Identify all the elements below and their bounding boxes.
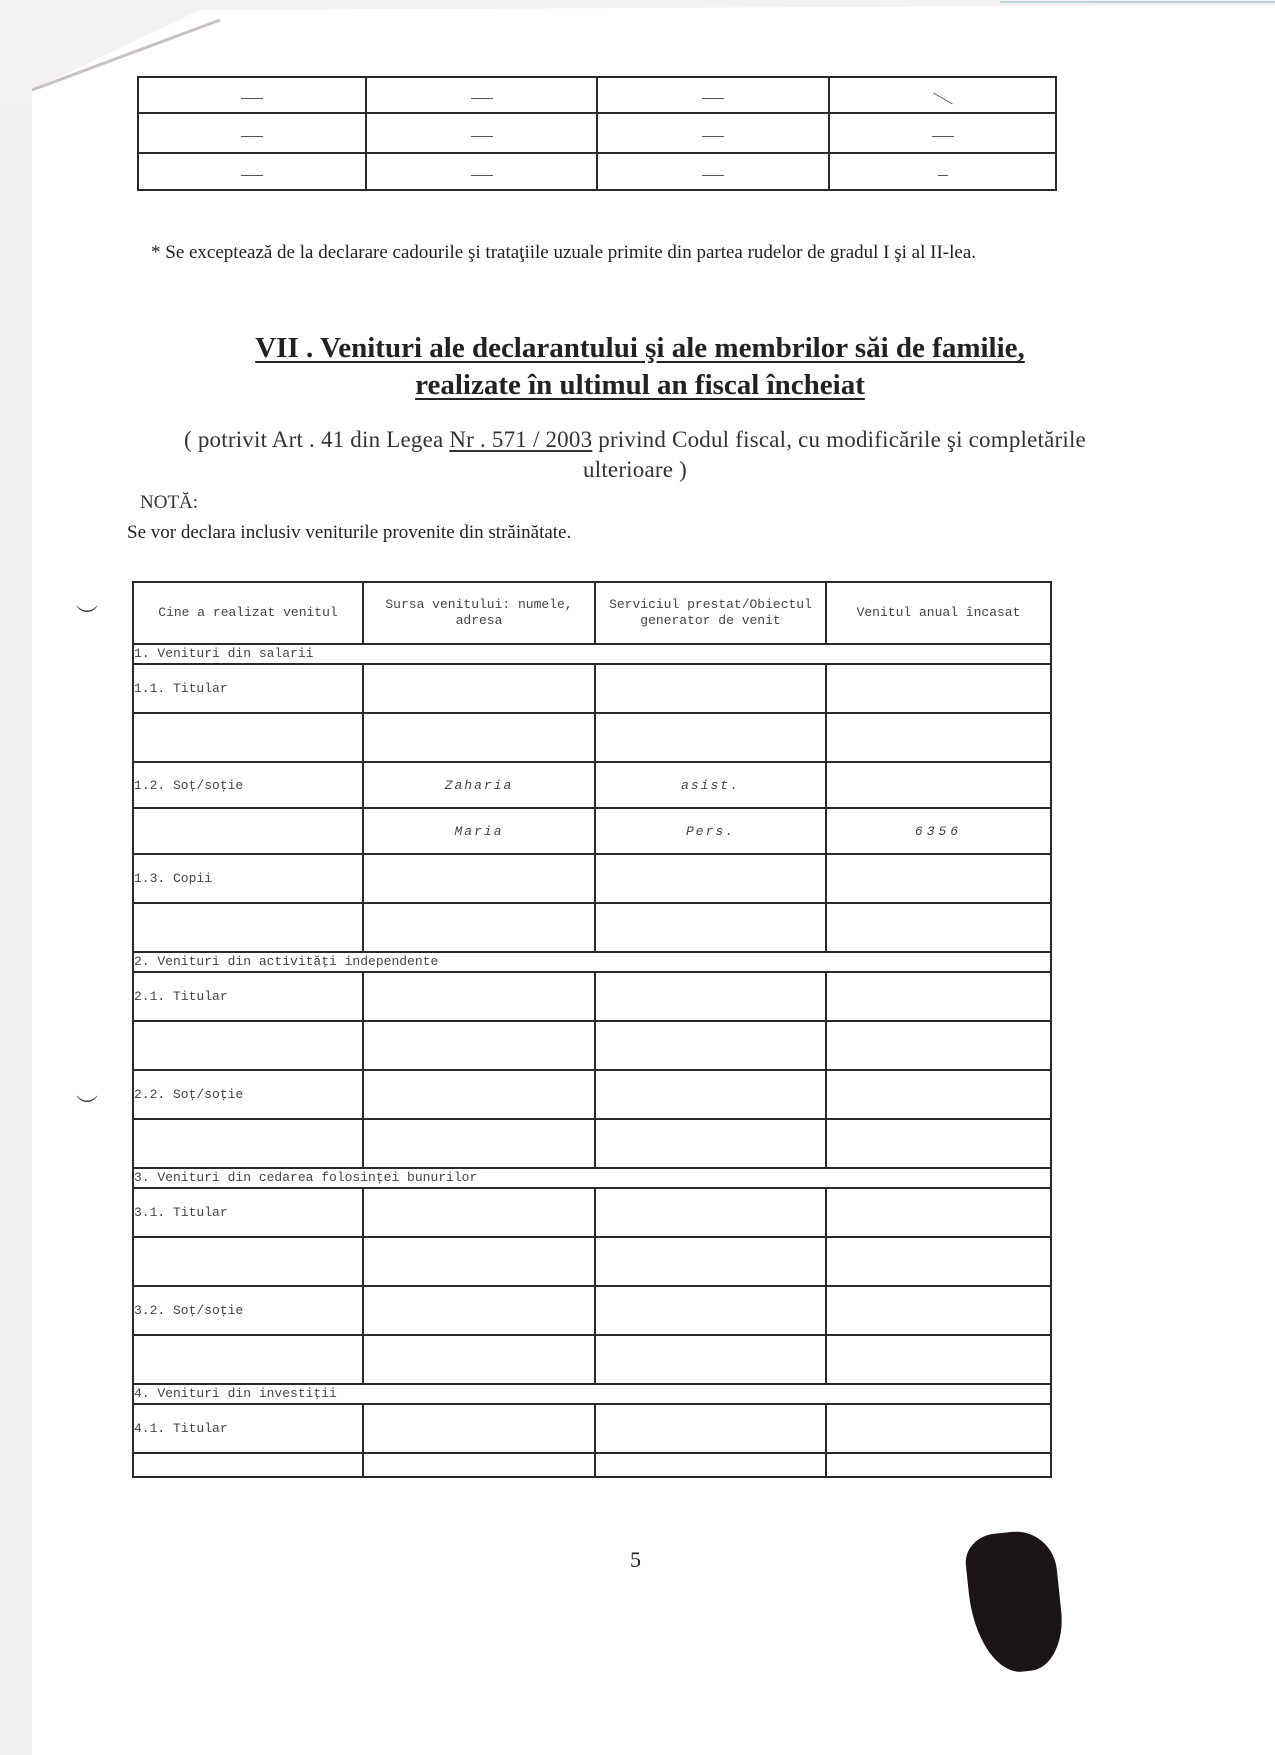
person-cell: 3.2. Soţ/soţie <box>133 1286 363 1335</box>
person-cell <box>133 808 363 854</box>
dash-mark <box>471 175 493 176</box>
section-heading: 2. Venituri din activităţi independente <box>133 952 1051 972</box>
table-cell <box>363 1335 595 1384</box>
person-cell: 1.3. Copii <box>133 854 363 903</box>
table-cell <box>363 1237 595 1286</box>
dash-mark <box>702 136 724 137</box>
income-table: Cine a realizat venitul Sursa venitului:… <box>132 581 1052 1478</box>
table-row: 2.2. Soţ/soţie <box>133 1070 1051 1119</box>
person-cell: 3.1. Titular <box>133 1188 363 1237</box>
scan-edge <box>0 0 32 1755</box>
person-cell <box>133 1021 363 1070</box>
law-reference: Nr . 571 / 2003 <box>449 427 592 452</box>
gifts-table <box>137 76 1057 191</box>
footnote: * Se exceptează de la declarare cadouril… <box>127 240 1057 266</box>
table-cell <box>829 77 1056 113</box>
person-cell: 4.1. Titular <box>133 1404 363 1453</box>
table-row <box>133 1237 1051 1286</box>
dash-mark <box>938 175 948 176</box>
table-row <box>133 1119 1051 1168</box>
table-cell <box>363 713 595 762</box>
section-subtitle: ( potrivit Art . 41 din Legea Nr . 571 /… <box>140 425 1130 485</box>
margin-mark: ︶ <box>76 1090 98 1121</box>
table-cell <box>366 77 597 113</box>
table-row <box>133 713 1051 762</box>
table-cell <box>595 854 826 903</box>
table-cell <box>366 153 597 190</box>
table-cell <box>595 903 826 952</box>
table-row: 1.1. Titular <box>133 664 1051 713</box>
section-heading: 4. Venituri din investiţii <box>133 1384 1051 1404</box>
table-cell <box>595 1404 826 1453</box>
table-cell <box>138 113 366 153</box>
income-amount-cell <box>826 1404 1051 1453</box>
page-number: 5 <box>630 1547 641 1573</box>
table-cell <box>595 1335 826 1384</box>
table-cell <box>595 972 826 1021</box>
table-row <box>138 77 1056 113</box>
table-row: MariaPers.6356 <box>133 808 1051 854</box>
dash-mark <box>241 136 263 137</box>
table-cell <box>363 854 595 903</box>
table-cell <box>595 664 826 713</box>
table-cell <box>595 1237 826 1286</box>
table-cell <box>595 1453 826 1477</box>
table-cell <box>138 77 366 113</box>
person-cell <box>133 1119 363 1168</box>
table-cell <box>363 903 595 952</box>
person-cell: 1.2. Soţ/soţie <box>133 762 363 808</box>
section-row: 2. Venituri din activităţi independente <box>133 952 1051 972</box>
person-cell <box>133 1335 363 1384</box>
table-row <box>138 153 1056 190</box>
income-amount-cell <box>826 1286 1051 1335</box>
income-amount-cell <box>826 1021 1051 1070</box>
column-header: Venitul anual încasat <box>826 582 1051 644</box>
table-cell <box>138 153 366 190</box>
income-amount-cell <box>826 854 1051 903</box>
section-row: 3. Venituri din cedarea folosinţei bunur… <box>133 1168 1051 1188</box>
person-cell <box>133 1237 363 1286</box>
person-cell: 2.2. Soţ/soţie <box>133 1070 363 1119</box>
section-heading: 3. Venituri din cedarea folosinţei bunur… <box>133 1168 1051 1188</box>
table-row: 1.2. Soţ/soţieZahariaasist. <box>133 762 1051 808</box>
table-cell <box>363 1404 595 1453</box>
column-header: Sursa venitului: numele, adresa <box>363 582 595 644</box>
income-amount-cell <box>826 1188 1051 1237</box>
dash-mark <box>471 98 493 99</box>
dash-mark <box>932 136 954 137</box>
dash-mark <box>933 93 953 105</box>
income-amount-cell <box>826 1237 1051 1286</box>
table-cell <box>366 113 597 153</box>
table-cell <box>595 1188 826 1237</box>
person-cell <box>133 1453 363 1477</box>
section-title-line2: realizate în ultimul an fiscal încheiat <box>415 369 865 401</box>
table-cell: Pers. <box>595 808 826 854</box>
table-cell <box>363 1021 595 1070</box>
table-cell <box>363 1453 595 1477</box>
table-row <box>138 113 1056 153</box>
table-header-row: Cine a realizat venitul Sursa venitului:… <box>133 582 1051 644</box>
table-row: 3.2. Soţ/soţie <box>133 1286 1051 1335</box>
dash-mark <box>471 136 493 137</box>
table-cell <box>363 1119 595 1168</box>
table-cell <box>363 1070 595 1119</box>
table-row: 4.1. Titular <box>133 1404 1051 1453</box>
person-cell: 2.1. Titular <box>133 972 363 1021</box>
dash-mark <box>241 175 263 176</box>
table-row: 1.3. Copii <box>133 854 1051 903</box>
table-row <box>133 1335 1051 1384</box>
dash-mark <box>241 98 263 99</box>
table-cell <box>595 1021 826 1070</box>
income-amount-cell <box>826 1119 1051 1168</box>
nota-text: Se vor declara inclusiv veniturile prove… <box>127 522 571 544</box>
person-cell <box>133 713 363 762</box>
ink-stamp-blot <box>963 1528 1067 1677</box>
section-title: VII . Venituri ale declarantului şi ale … <box>150 330 1130 404</box>
section-row: 4. Venituri din investiţii <box>133 1384 1051 1404</box>
table-row <box>133 1453 1051 1477</box>
table-cell <box>595 1286 826 1335</box>
section-row: 1. Venituri din salarii <box>133 644 1051 664</box>
table-cell <box>597 77 829 113</box>
income-amount-cell <box>826 762 1051 808</box>
table-cell: asist. <box>595 762 826 808</box>
nota-label: NOTĂ: <box>140 492 198 514</box>
table-cell: Zaharia <box>363 762 595 808</box>
dash-mark <box>702 98 724 99</box>
section-heading: 1. Venituri din salarii <box>133 644 1051 664</box>
table-row: 2.1. Titular <box>133 972 1051 1021</box>
subtitle-text: ( potrivit Art . 41 din Legea <box>184 427 449 452</box>
table-cell <box>363 664 595 713</box>
person-cell: 1.1. Titular <box>133 664 363 713</box>
column-header: Serviciul prestat/Obiectul generator de … <box>595 582 826 644</box>
table-cell <box>595 1070 826 1119</box>
table-cell <box>829 153 1056 190</box>
table-row <box>133 903 1051 952</box>
income-amount-cell <box>826 972 1051 1021</box>
margin-mark: ︶ <box>76 600 98 631</box>
table-cell <box>363 1188 595 1237</box>
income-amount-cell <box>826 903 1051 952</box>
table-cell <box>363 1286 595 1335</box>
subtitle-text: privind Codul fiscal, cu modificările şi… <box>583 427 1086 482</box>
table-row: 3.1. Titular <box>133 1188 1051 1237</box>
section-title-line1: VII . Venituri ale declarantului şi ale … <box>255 332 1025 364</box>
column-header: Cine a realizat venitul <box>133 582 363 644</box>
person-cell <box>133 903 363 952</box>
table-cell <box>363 972 595 1021</box>
income-amount-cell: 6356 <box>826 808 1051 854</box>
table-cell <box>595 713 826 762</box>
table-cell <box>597 153 829 190</box>
table-cell <box>829 113 1056 153</box>
income-amount-cell <box>826 1070 1051 1119</box>
dash-mark <box>702 175 724 176</box>
table-cell <box>595 1119 826 1168</box>
income-amount-cell <box>826 1335 1051 1384</box>
income-amount-cell <box>826 1453 1051 1477</box>
income-amount-cell <box>826 713 1051 762</box>
table-row <box>133 1021 1051 1070</box>
table-cell: Maria <box>363 808 595 854</box>
income-amount-cell <box>826 664 1051 713</box>
table-cell <box>597 113 829 153</box>
